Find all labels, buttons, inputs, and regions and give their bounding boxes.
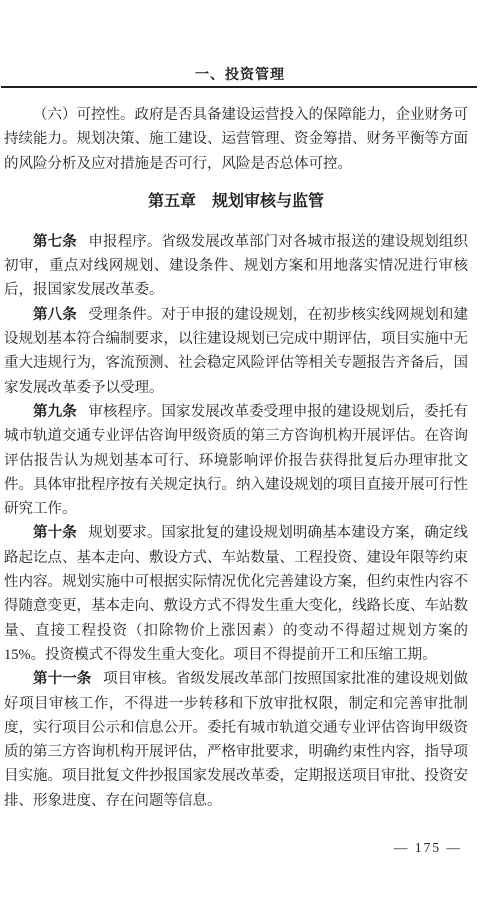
header-rule (1, 86, 477, 88)
running-header-title: 一、投资管理 (0, 64, 480, 84)
article-label-11: 第十一条 (33, 671, 91, 687)
document-page: 一、投资管理 （六）可控性。政府是否具备建设运营投入的保障能力，企业财务可持续能… (0, 0, 480, 906)
article-text-9: 审核程序。国家发展改革委受理申报的建设规划后，委托有城市轨道交通专业评估咨询甲级… (4, 404, 468, 517)
article-label-10: 第十条 (33, 525, 77, 541)
article-paragraph-11: 第十一条项目审核。省级发展改革部门按照国家批准的建设规划做好项目审核工作，不得进… (4, 667, 468, 813)
article-label-8: 第八条 (33, 307, 77, 323)
intro-paragraph: （六）可控性。政府是否具备建设运营投入的保障能力，企业财务可持续能力。规划决策、… (4, 103, 468, 176)
document-body: （六）可控性。政府是否具备建设运营投入的保障能力，企业财务可持续能力。规划决策、… (4, 103, 468, 813)
article-paragraph-8: 第八条受理条件。对于申报的建设规划，在初步核实线网规划和建设规划基本符合编制要求… (4, 303, 468, 400)
article-text-10: 规划要求。国家批复的建设规划明确基本建设方案，确定线路起讫点、基本走向、敷设方式… (4, 525, 468, 662)
article-paragraph-7: 第七条申报程序。省级发展改革部门对各城市报送的建设规划组织初审，重点对线网规划、… (4, 230, 468, 303)
article-text-11: 项目审核。省级发展改革部门按照国家批准的建设规划做好项目审核工作，不得进一步转移… (4, 671, 468, 808)
article-paragraph-9: 第九条审核程序。国家发展改革委受理申报的建设规划后，委托有城市轨道交通专业评估咨… (4, 400, 468, 521)
chapter-heading: 第五章 规划审核与监管 (4, 192, 468, 212)
article-label-7: 第七条 (33, 234, 77, 250)
article-paragraph-10: 第十条规划要求。国家批复的建设规划明确基本建设方案，确定线路起讫点、基本走向、敷… (4, 521, 468, 667)
page-number: — 175 — (394, 840, 462, 856)
article-label-9: 第九条 (33, 404, 77, 420)
